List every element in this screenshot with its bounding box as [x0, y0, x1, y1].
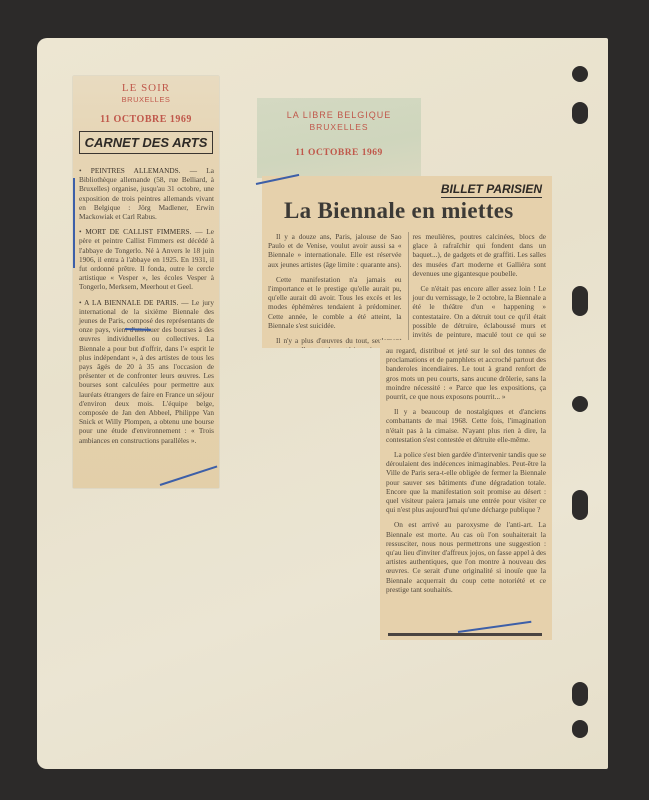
binder-hole-icon — [572, 102, 588, 124]
news-item: • A LA BIENNALE DE PARIS. — Le jury inte… — [79, 298, 214, 445]
article-clipping-continuation: au regard, distribué et jeté sur le sol … — [380, 340, 552, 640]
paragraph: Ce n'était pas encore aller assez loin !… — [413, 284, 547, 348]
binder-hole-icon — [572, 66, 588, 82]
article-column-2-bottom: au regard, distribué et jeté sur le sol … — [380, 340, 552, 594]
clipping-le-soir: LE SOIR BRUXELLES 11 OCTOBRE 1969 CARNET… — [73, 76, 219, 488]
article-column-1: Il y a douze ans, Paris, jalouse de Sao … — [268, 232, 402, 348]
masthead-city: BRUXELLES — [73, 95, 219, 104]
paragraph: Il y a beaucoup de nostalgiques et d'anc… — [386, 407, 546, 444]
clipping-libre-belgique: LA LIBRE BELGIQUE BRUXELLES 11 OCTOBRE 1… — [257, 98, 421, 178]
paragraph: res meulières, poutres calcinées, blocs … — [413, 232, 547, 278]
news-items: • PEINTRES ALLEMANDS. — La Bibliothèque … — [73, 154, 219, 445]
masthead: LA LIBRE BELGIQUE — [257, 110, 421, 120]
paragraph: au regard, distribué et jeté sur le sol … — [386, 346, 546, 401]
article-column-2-top: res meulières, poutres calcinées, blocs … — [408, 232, 547, 348]
news-item: • MORT DE CALLIST FIMMERS. — Le père et … — [79, 227, 214, 291]
binder-hole-icon — [572, 682, 588, 706]
clipping-date: 11 OCTOBRE 1969 — [73, 114, 219, 125]
ink-mark — [73, 178, 75, 268]
news-item: • PEINTRES ALLEMANDS. — La Bibliothèque … — [79, 166, 214, 221]
paragraph: Il y a douze ans, Paris, jalouse de Sao … — [268, 232, 402, 269]
rubric-title: CARNET DES ARTS — [79, 131, 213, 154]
masthead-city: BRUXELLES — [257, 122, 421, 132]
binder-hole-icon — [572, 490, 588, 520]
paragraph: La police s'est bien gardée d'intervenir… — [386, 450, 546, 514]
rule-divider — [388, 633, 542, 636]
article-clipping-top: BILLET PARISIEN La Biennale en miettes I… — [262, 176, 552, 348]
clipping-date: 11 OCTOBRE 1969 — [257, 148, 421, 158]
paragraph: Cette manifestation n'a jamais eu l'impo… — [268, 275, 402, 330]
article-rubric: BILLET PARISIEN — [441, 182, 542, 198]
paragraph: On est arrivé au paroxysme de l'anti-art… — [386, 520, 546, 594]
article-headline: La Biennale en miettes — [284, 198, 514, 224]
masthead: LE SOIR — [73, 82, 219, 94]
binder-hole-icon — [572, 396, 588, 412]
binder-hole-icon — [572, 720, 588, 738]
binder-hole-icon — [572, 286, 588, 316]
